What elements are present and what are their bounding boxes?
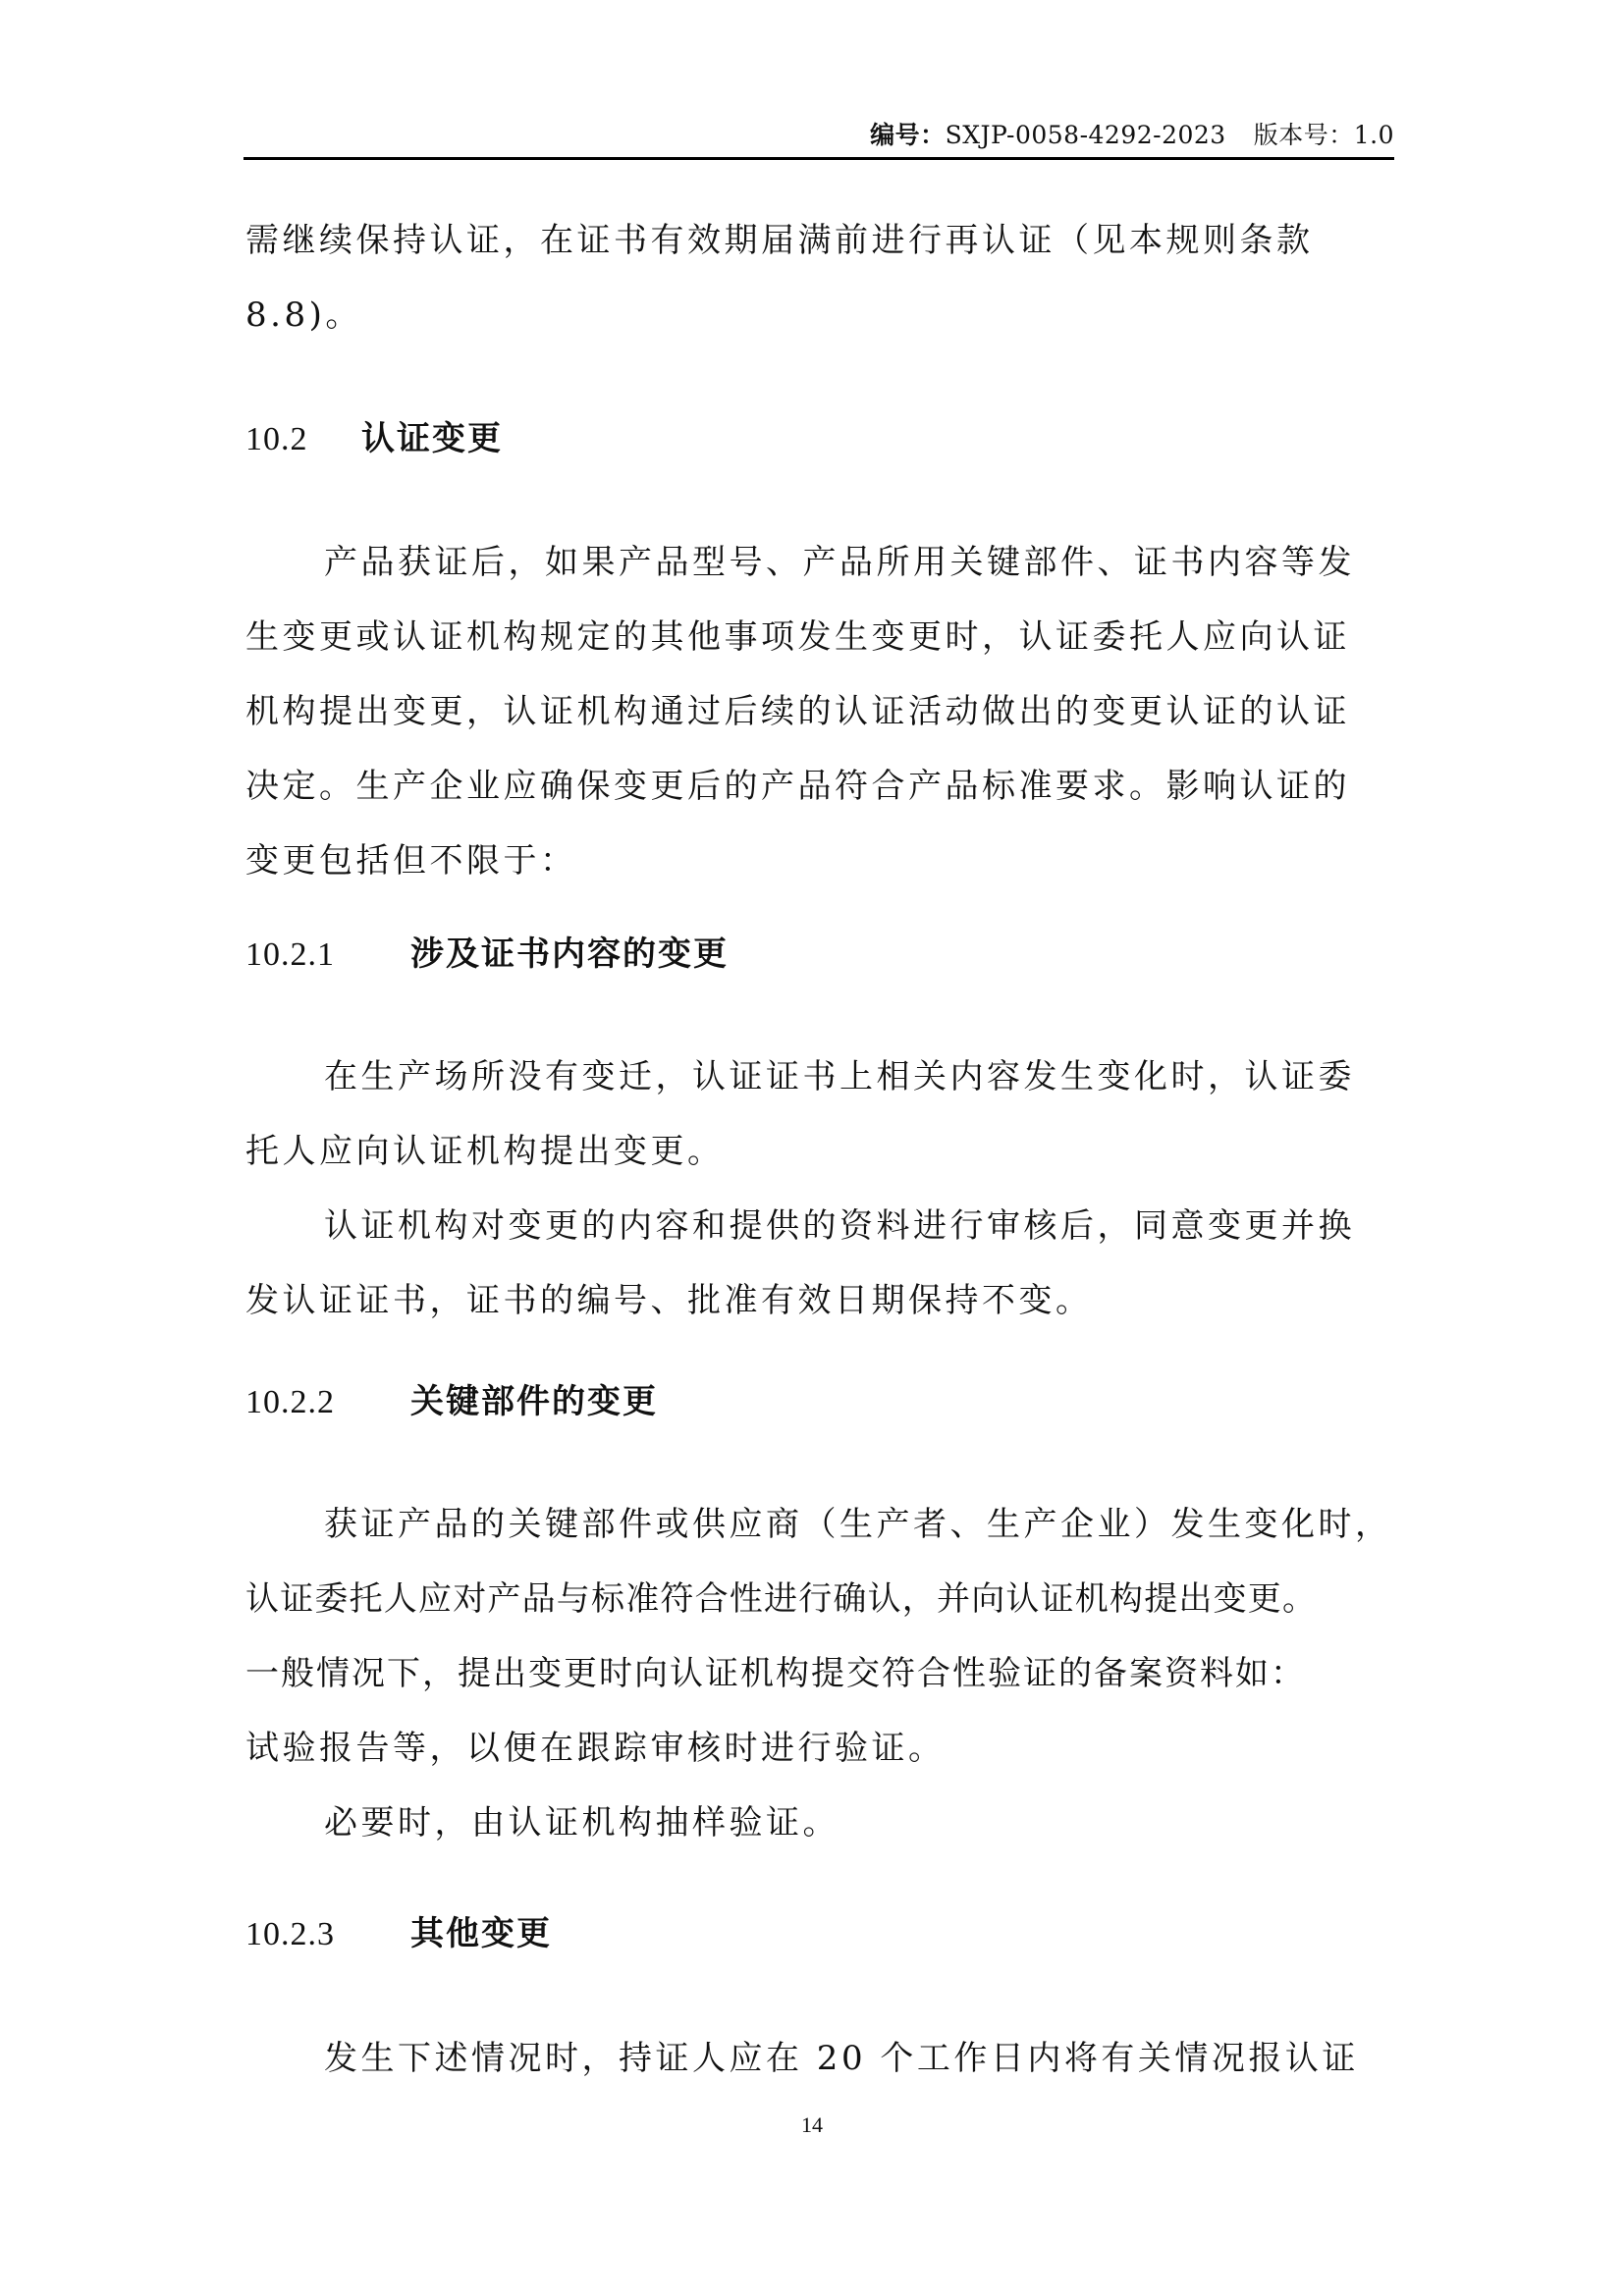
body-text-line: 8.8)。 xyxy=(245,295,362,335)
page-number: 14 xyxy=(0,2112,1624,2138)
section-title: 其他变更 xyxy=(410,1914,552,1953)
version-value: 1.0 xyxy=(1354,121,1394,149)
body-text-line: 需继续保持认证，在证书有效期届满前进行再认证（见本规则条款 xyxy=(245,221,1314,260)
page-header: 编号：SXJP-0058-4292-2023版本号：1.0 xyxy=(244,116,1394,155)
body-text-line: 发生下述情况时，持证人应在 20 个工作日内将有关情况报认证 xyxy=(324,2039,1359,2078)
body-text-line: 托人应向认证机构提出变更。 xyxy=(245,1132,725,1171)
section-number: 10.2 xyxy=(245,420,361,459)
body-text-line: 认证委托人应对产品与标准符合性进行确认，并向认证机构提出变更。 xyxy=(245,1579,1317,1619)
doc-number-label: 编号： xyxy=(870,121,946,149)
section-title: 关键部件的变更 xyxy=(410,1382,658,1421)
body-text-line: 决定。生产企业应确保变更后的产品符合产品标准要求。影响认证的 xyxy=(245,767,1350,806)
body-text-line: 生变更或认证机构规定的其他事项发生变更时，认证委托人应向认证 xyxy=(245,617,1350,657)
body-text-line: 发认证证书，证书的编号、批准有效日期保持不变。 xyxy=(245,1281,1093,1320)
document-page: 编号：SXJP-0058-4292-2023版本号：1.0 需继续保持认证，在证… xyxy=(0,0,1624,2296)
body-text-line: 认证机构对变更的内容和提供的资料进行审核后，同意变更并换 xyxy=(324,1206,1355,1246)
section-heading-10-2-3: 10.2.3其他变更 xyxy=(245,1914,552,1953)
version-label: 版本号： xyxy=(1254,121,1354,149)
body-text-line: 产品获证后，如果产品型号、产品所用关键部件、证书内容等发 xyxy=(324,543,1355,582)
section-title: 涉及证书内容的变更 xyxy=(410,934,729,974)
doc-number-value: SXJP-0058-4292-2023 xyxy=(946,121,1226,149)
section-number: 10.2.3 xyxy=(245,1915,410,1954)
body-text-line: 一般情况下，提出变更时向认证机构提交符合性验证的备案资料如： xyxy=(245,1654,1306,1693)
body-text-line: 必要时，由认证机构抽样验证。 xyxy=(324,1803,839,1842)
body-text-line: 获证产品的关键部件或供应商（生产者、生产企业）发生变化时， xyxy=(324,1505,1392,1544)
section-number: 10.2.1 xyxy=(245,935,410,975)
body-text-line: 变更包括但不限于： xyxy=(245,841,577,881)
body-text-line: 机构提出变更，认证机构通过后续的认证活动做出的变更认证的认证 xyxy=(245,692,1350,731)
section-title: 认证变更 xyxy=(361,419,503,458)
header-divider xyxy=(244,157,1394,160)
section-heading-10-2-1: 10.2.1涉及证书内容的变更 xyxy=(245,934,729,974)
section-heading-10-2-2: 10.2.2关键部件的变更 xyxy=(245,1382,658,1421)
body-text-line: 在生产场所没有变迁，认证证书上相关内容发生变化时，认证委 xyxy=(324,1057,1355,1096)
body-text-line: 试验报告等，以便在跟踪审核时进行验证。 xyxy=(245,1729,946,1768)
section-heading-10-2: 10.2认证变更 xyxy=(245,419,503,458)
section-number: 10.2.2 xyxy=(245,1383,410,1422)
